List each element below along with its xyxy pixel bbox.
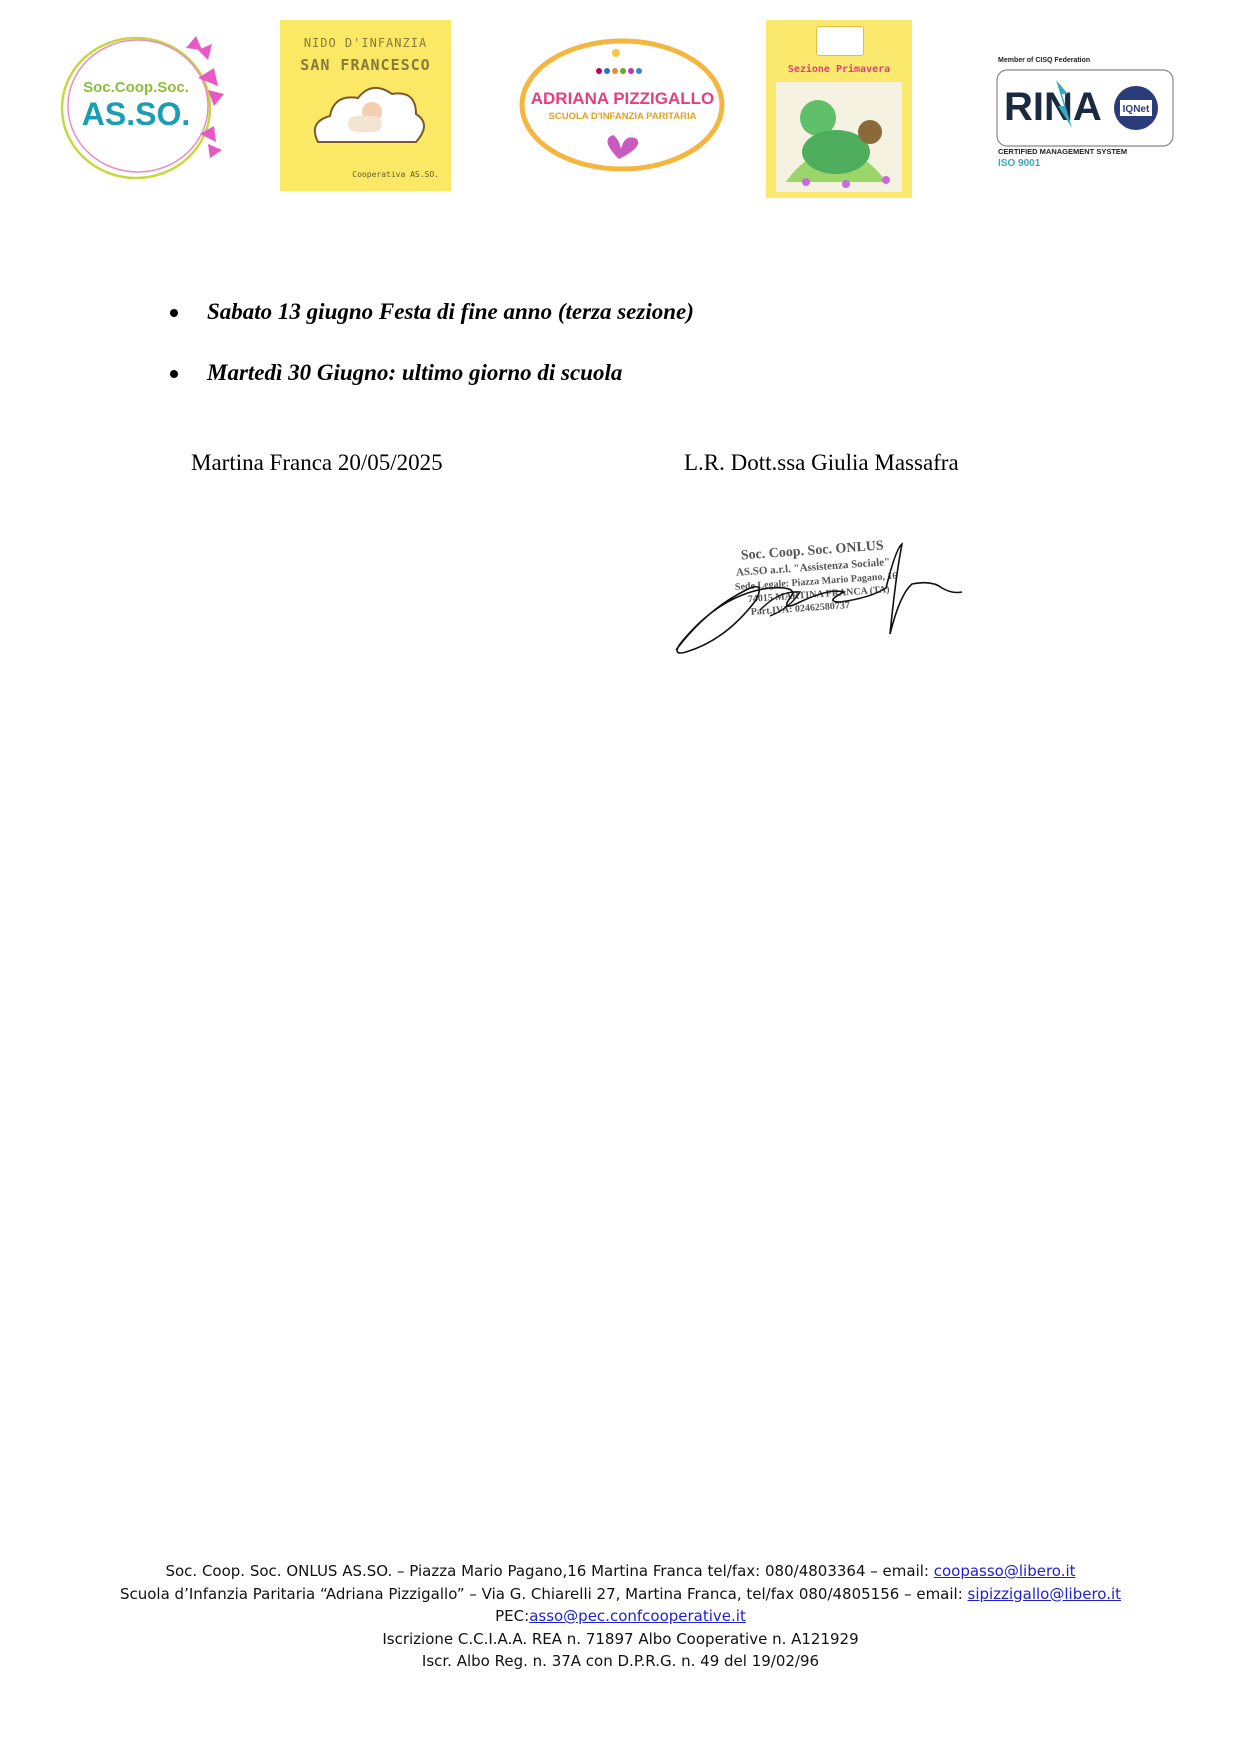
coop-email-link[interactable]: coopasso@libero.it [934,1562,1076,1580]
signer-name: L.R. Dott.ssa Giulia Massafra [684,450,959,476]
footer-school-info: Scuola d’Infanzia Paritaria “Adriana Piz… [120,1585,968,1603]
sezione-primavera-logo: Sezione Primavera [766,20,912,198]
footer: Soc. Coop. Soc. ONLUS AS.SO. – Piazza Ma… [0,1560,1241,1673]
pec-label: PEC: [495,1607,529,1625]
footer-line-4: Iscrizione C.C.I.A.A. REA n. 71897 Albo … [0,1628,1241,1651]
sleeping-baby-cloud-icon [308,82,426,160]
pec-email-link[interactable]: asso@pec.confcooperative.it [529,1607,746,1625]
event-text: Martedì 30 Giugno: ultimo giorno di scuo… [207,360,622,385]
events-list: Sabato 13 giugno Festa di fine anno (ter… [168,298,694,420]
rina-certification-logo: Member of CISQ Federation RINA IQNet CER… [996,57,1176,173]
asso-logo: Soc.Coop.Soc. AS.SO. [58,30,226,182]
list-item: Martedì 30 Giugno: ultimo giorno di scuo… [168,359,694,387]
iso-9001-text: ISO 9001 [998,158,1040,169]
document-page: Soc.Coop.Soc. AS.SO. NIDO D'INFANZIA SAN… [0,0,1241,1755]
certified-system-text: CERTIFIED MANAGEMENT SYSTEM [998,147,1127,156]
event-text: Sabato 13 giugno Festa di fine anno (ter… [207,299,694,324]
cisq-member-text: Member of CISQ Federation [998,57,1090,64]
school-email-link[interactable]: sipizzigallo@libero.it [968,1585,1121,1603]
signature-icon: Soc. Coop. Soc. ONLUS AS.SO a.r.l. "Assi… [670,530,980,665]
footer-line-2: Scuola d’Infanzia Paritaria “Adriana Piz… [0,1583,1241,1606]
place-date: Martina Franca 20/05/2025 [191,450,443,476]
adriana-subtitle: SCUOLA D'INFANZIA PARITARIA [515,111,730,122]
turtle-illustration-icon [776,82,902,192]
stamp-signature: Soc. Coop. Soc. ONLUS AS.SO a.r.l. "Assi… [670,530,980,665]
footer-line-1: Soc. Coop. Soc. ONLUS AS.SO. – Piazza Ma… [0,1560,1241,1583]
adriana-pizzigallo-logo: ADRIANA PIZZIGALLO SCUOLA D'INFANZIA PAR… [515,27,730,177]
nido-credit: Cooperativa AS.SO. [352,170,439,179]
list-item: Sabato 13 giugno Festa di fine anno (ter… [168,298,694,326]
footer-line-5: Iscr. Albo Reg. n. 37A con D.P.R.G. n. 4… [0,1650,1241,1673]
adriana-title: ADRIANA PIZZIGALLO [515,89,730,109]
bullet-icon [170,309,178,317]
footer-coop-info: Soc. Coop. Soc. ONLUS AS.SO. – Piazza Ma… [165,1562,933,1580]
svg-text:RINA: RINA [1004,85,1102,129]
footer-line-3: PEC:asso@pec.confcooperative.it [0,1605,1241,1628]
svg-text:AS.SO.: AS.SO. [82,96,190,132]
svg-text:Soc.Coop.Soc.: Soc.Coop.Soc. [83,79,189,96]
bullet-icon [170,370,178,378]
nido-subtitle: SAN FRANCESCO [280,56,451,74]
mini-adriana-logo-icon [816,26,864,56]
svg-text:IQNet: IQNet [1123,104,1150,115]
nido-san-francesco-logo: NIDO D'INFANZIA SAN FRANCESCO Cooperativ… [280,20,451,191]
primavera-title: Sezione Primavera [766,64,912,75]
nido-title: NIDO D'INFANZIA [280,36,451,50]
